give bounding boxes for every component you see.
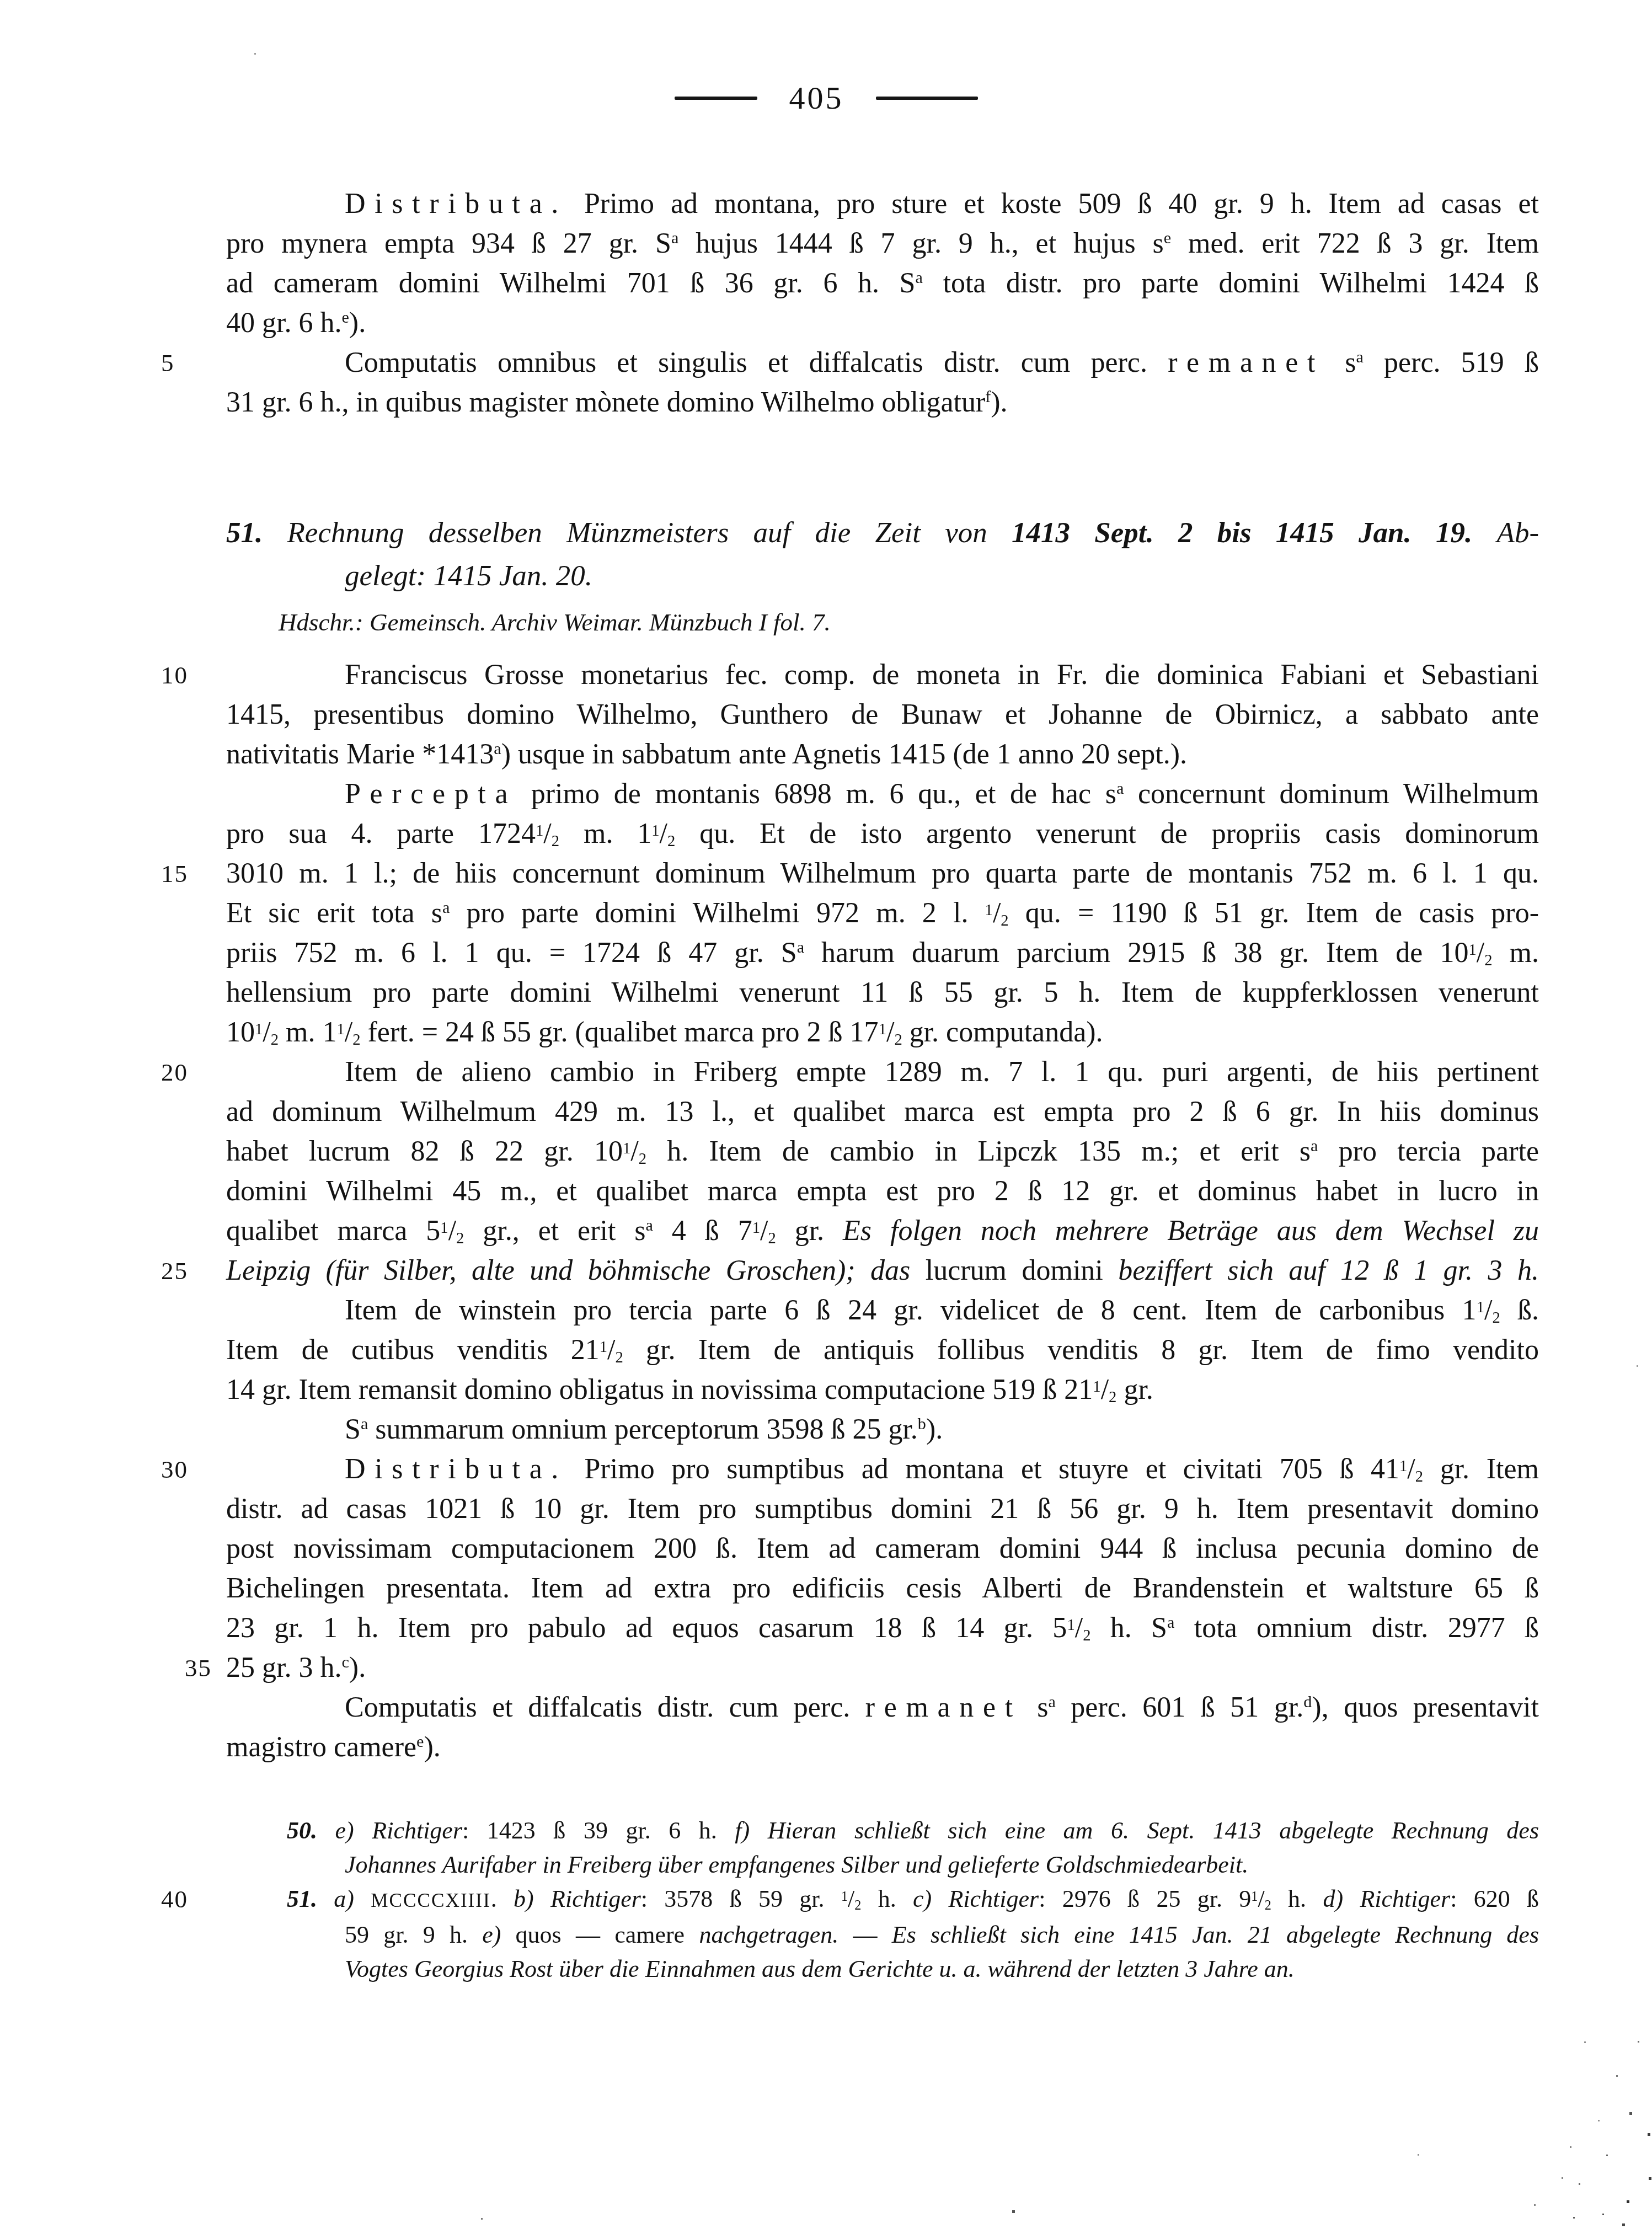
text-line: gelegt: 1415 Jan. 20.: [226, 554, 1539, 597]
text-line: nativitatis Marie *1413a) usque in sabba…: [226, 735, 1539, 774]
para-franciscus: 10Franciscus Grosse monetarius fec. comp…: [226, 655, 1539, 774]
text-line: 153010 m. 1 l.; de hiis concernunt domin…: [226, 854, 1539, 894]
text-line: 59 gr. 9 h. e) quos — camere nachgetrage…: [226, 1918, 1539, 1952]
text-line: 50. e) Richtiger: 1423 ß 39 gr. 6 h. f) …: [226, 1814, 1539, 1848]
margin-line-number: 25: [161, 1251, 212, 1291]
text-line: 10Franciscus Grosse monetarius fec. comp…: [226, 655, 1539, 695]
text-line: Bichelingen presentata. Item ad extra pr…: [226, 1569, 1539, 1608]
text-line: habet lucrum 82 ß 22 gr. 101/2 h. Item d…: [226, 1132, 1539, 1172]
text-line: 30Distributa. Primo pro sumptibus ad mon…: [226, 1450, 1539, 1489]
para-computatis-50: 5Computatis omnibus et singulis et diffa…: [226, 343, 1539, 423]
text-line: 3525 gr. 3 h.c).: [226, 1648, 1539, 1688]
text-line: 51. Rechnung desselben Münzmeisters auf …: [226, 511, 1539, 554]
text-line: Johannes Aurifaber in Freiberg über empf…: [226, 1848, 1539, 1882]
margin-line-number: 35: [161, 1648, 212, 1688]
text-line: domini Wilhelmi 45 m., et qualibet marca…: [226, 1172, 1539, 1211]
text-line: 25Leipzig (für Silber, alte und böhmisch…: [226, 1251, 1539, 1291]
margin-line-number: 15: [161, 854, 212, 894]
header-rule-left: [675, 97, 757, 100]
text-line: ad dominum Wilhelmum 429 m. 13 l., et qu…: [226, 1092, 1539, 1132]
text-line: pro mynera empta 934 ß 27 gr. Sa hujus 1…: [226, 224, 1539, 264]
text-line: distr. ad casas 1021 ß 10 gr. Item pro s…: [226, 1489, 1539, 1529]
margin-line-number: 10: [161, 655, 212, 695]
source-note: Hdschr.: Gemeinsch. Archiv Weimar. Münzb…: [226, 602, 1539, 642]
text-line: Et sic erit tota sa pro parte domini Wil…: [226, 894, 1539, 933]
text-line: 4051. a) MCCCCXIIII. b) Richtiger: 3578 …: [226, 1882, 1539, 1918]
text-line: Item de winstein pro tercia parte 6 ß 24…: [226, 1291, 1539, 1330]
para-distributa-51: 30Distributa. Primo pro sumptibus ad mon…: [226, 1450, 1539, 1688]
heading-entry-51: 51. Rechnung desselben Münzmeisters auf …: [226, 511, 1539, 597]
text-line: hellensium pro parte domini Wilhelmi ven…: [226, 973, 1539, 1013]
page-content: Distributa. Primo ad montana, pro sture …: [226, 184, 1539, 1986]
text-line: Sa summarum omnium perceptorum 3598 ß 25…: [226, 1410, 1539, 1450]
page-number: 405: [789, 82, 844, 115]
text-line: Vogtes Georgius Rost über die Einnahmen …: [226, 1952, 1539, 1986]
text-line: 14 gr. Item remansit domino obligatus in…: [226, 1370, 1539, 1410]
text-line: Hdschr.: Gemeinsch. Archiv Weimar. Münzb…: [279, 602, 1539, 642]
text-line: 31 gr. 6 h., in quibus magister mònete d…: [226, 383, 1539, 423]
para-summa: Sa summarum omnium perceptorum 3598 ß 25…: [226, 1410, 1539, 1450]
margin-line-number: 40: [161, 1882, 212, 1916]
text-line: Computatis et diffalcatis distr. cum per…: [226, 1688, 1539, 1728]
text-line: Item de cutibus venditis 211/2 gr. Item …: [226, 1330, 1539, 1370]
para-cambio: 20Item de alieno cambio in Friberg empte…: [226, 1052, 1539, 1291]
text-line: 5Computatis omnibus et singulis et diffa…: [226, 343, 1539, 383]
text-line: magistro cameree).: [226, 1728, 1539, 1767]
text-line: 40 gr. 6 h.e).: [226, 303, 1539, 343]
text-line: priis 752 m. 6 l. 1 qu. = 1724 ß 47 gr. …: [226, 933, 1539, 973]
text-line: 23 gr. 1 h. Item pro pabulo ad equos cas…: [226, 1608, 1539, 1648]
margin-line-number: 5: [161, 343, 212, 383]
para-percepta: Percepta primo de montanis 6898 m. 6 qu.…: [226, 774, 1539, 1052]
text-line: ad cameram domini Wilhelmi 701 ß 36 gr. …: [226, 264, 1539, 303]
footnotes: 50. e) Richtiger: 1423 ß 39 gr. 6 h. f) …: [226, 1814, 1539, 1986]
text-line: Percepta primo de montanis 6898 m. 6 qu.…: [226, 774, 1539, 814]
header-rule-right: [876, 97, 978, 100]
para-distributa-50: Distributa. Primo ad montana, pro sture …: [226, 184, 1539, 343]
margin-line-number: 30: [161, 1450, 212, 1489]
margin-line-number: 20: [161, 1052, 212, 1092]
text-line: Distributa. Primo ad montana, pro sture …: [226, 184, 1539, 224]
text-line: 1415, presentibus domino Wilhelmo, Gunth…: [226, 695, 1539, 735]
page-header: 405: [0, 82, 1652, 115]
text-line: post novissimam computacionem 200 ß. Ite…: [226, 1529, 1539, 1569]
text-line: pro sua 4. parte 17241/2 m. 11/2 qu. Et …: [226, 814, 1539, 854]
text-line: qualibet marca 51/2 gr., et erit sa 4 ß …: [226, 1211, 1539, 1251]
para-computatis-51: Computatis et diffalcatis distr. cum per…: [226, 1688, 1539, 1767]
para-winstein: Item de winstein pro tercia parte 6 ß 24…: [226, 1291, 1539, 1410]
scanned-book-page: 405 Distributa. Primo ad montana, pro st…: [0, 0, 1652, 2229]
text-line: 101/2 m. 11/2 fert. = 24 ß 55 gr. (quali…: [226, 1013, 1539, 1052]
text-line: 20Item de alieno cambio in Friberg empte…: [226, 1052, 1539, 1092]
scan-noise: [0, 0, 2, 2]
